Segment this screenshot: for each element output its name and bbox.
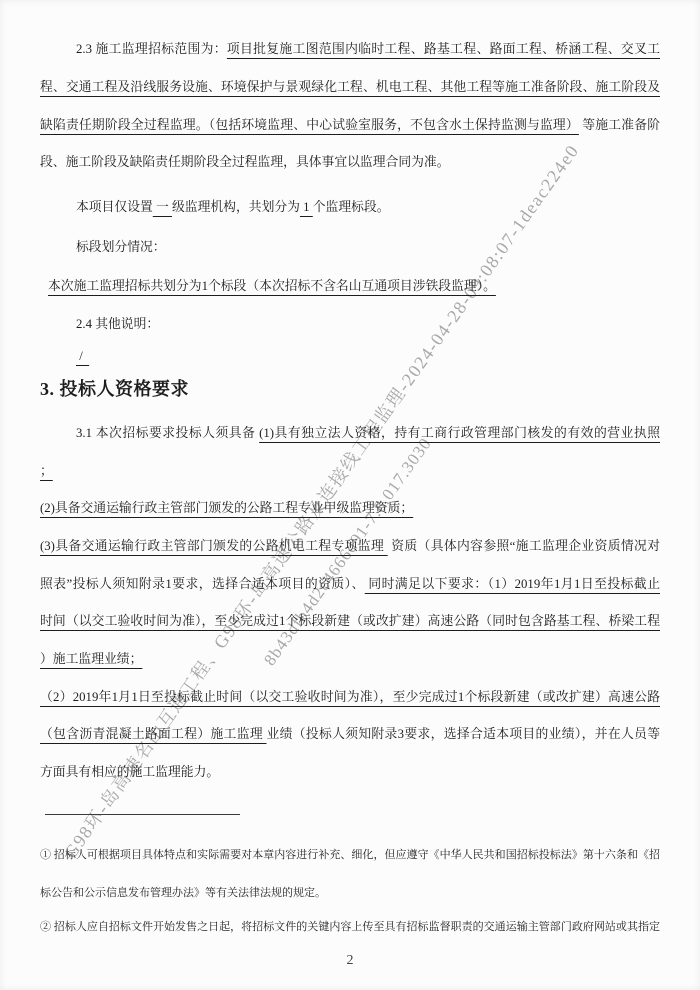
text-segment: 2.4 其他说明： <box>76 317 159 331</box>
page-number: 2 <box>0 953 700 969</box>
text-segment: ② 招标人应自招标文件开始发售之日起，将招标文件的关键内容上传至具有招标监督职责… <box>40 921 660 933</box>
text-line: 段、施工阶段及缺陷责任期阶段全过程监理，具体事宜以监理合同为准。 <box>40 153 660 172</box>
text-line: 3.1 本次招标要求投标人须具备 (1)具有独立法人资格，持有工商行政管理部门核… <box>40 424 660 443</box>
text-segment: 3. 投标人资格要求 <box>40 379 189 399</box>
text-segment: 方面具有相应的施工监理能力。 <box>40 765 219 779</box>
filled-blank-text: ； <box>40 464 53 478</box>
filled-blank-text: (3)具备交通运输行政主管部门颁发的公路机电工程专项监理 <box>40 539 388 553</box>
text-line: 照表”投标人须知附录1要求，选择合适本项目的资质）、 同时满足以下要求：（1）2… <box>40 575 660 594</box>
filled-blank-text: （包含沥青混凝土路面工程）施工监理 <box>40 727 267 741</box>
text-segment: 等施工准备阶 <box>579 118 660 132</box>
text-segment: 本项目仅设置 <box>76 200 153 214</box>
slash-blank-line: / <box>40 347 660 366</box>
text-segment: 照表”投标人须知附录1要求，选择合适本项目的资质）、 <box>40 577 365 591</box>
section-heading: 3. 投标人资格要求 <box>40 380 660 399</box>
text-line: 本项目仅设置 一 级监理机构，共划分为 1 个监理标段。 <box>40 198 660 217</box>
text-line: 缺陷责任期阶段全过程监理。（包括环境监理、中心试验室服务，不包含水土保持监测与监… <box>40 116 660 135</box>
filled-blank-text: 1 <box>300 200 313 214</box>
text-line: ； <box>40 462 660 481</box>
text-line: (3)具备交通运输行政主管部门颁发的公路机电工程专项监理 资质（具体内容参照“施… <box>40 537 660 556</box>
filled-blank-text: 程、交通工程及沿线服务设施、环境保护与景观绿化工程、机电工程、其他工程等施工准备… <box>40 80 660 94</box>
filled-blank-text: (2)具备交通运输行政主管部门颁发的公路工程专业甲级监理资质； <box>40 501 413 515</box>
text-segment: ① 招标人可根据项目具体特点和实际需要对本章内容进行补充、细化，但应遵守《中华人… <box>40 849 660 861</box>
text-line: （2）2019年1月1日至投标截止时间（以交工验收时间为准），至少完成过1个标段… <box>40 688 660 707</box>
filled-blank-text: 时间（以交工验收时间为准），至少完成过1个标段新建（或改扩建）高速公路（同时包含… <box>40 614 660 628</box>
filled-blank-text: (1)具有独立法人资格，持有工商行政管理部门核发的有效的营业执照 <box>259 426 660 440</box>
footnote-line: ① 招标人可根据项目具体特点和实际需要对本章内容进行补充、细化，但应遵守《中华人… <box>40 846 660 865</box>
filled-blank-text: （2）2019年1月1日至投标截止时间（以交工验收时间为准），至少完成过1个标段… <box>40 690 660 704</box>
filled-blank-text: ）施工监理业绩； <box>40 652 142 666</box>
text-segment: 3.1 本次招标要求投标人须具备 <box>76 426 259 440</box>
filled-blank-text: 本次施工监理招标共划分为1个标段（本次招标不含名山互通项目涉铁段监理）。 <box>48 279 496 293</box>
text-segment: 标段划分情况： <box>76 240 166 254</box>
text-line: （包含沥青混凝土路面工程）施工监理 业绩（投标人须知附录3要求，选择合适本项目的… <box>40 725 660 744</box>
text-line: (2)具备交通运输行政主管部门颁发的公路工程专业甲级监理资质； <box>40 499 660 518</box>
filled-blank-text: 缺陷责任期阶段全过程监理。（包括环境监理、中心试验室服务，不包含水土保持监测与监… <box>40 118 579 132</box>
text-line: 程、交通工程及沿线服务设施、环境保护与景观绿化工程、机电工程、其他工程等施工准备… <box>40 78 660 97</box>
footnote-line: ② 招标人应自招标文件开始发售之日起，将招标文件的关键内容上传至具有招标监督职责… <box>40 918 660 937</box>
footnote-line: 标公告和公示信息发布管理办法》等有关法律法规的规定。 <box>40 884 660 903</box>
text-line: 方面具有相应的施工监理能力。 <box>40 763 660 782</box>
text-line: 标段划分情况： <box>40 238 660 257</box>
text-line: ）施工监理业绩； <box>40 650 660 669</box>
filled-blank-text: / <box>76 349 89 363</box>
text-line: 2.3 施工监理招标范围为：项目批复施工图范围内临时工程、路基工程、路面工程、桥… <box>40 40 660 59</box>
text-segment: 段、施工阶段及缺陷责任期阶段全过程监理，具体事宜以监理合同为准。 <box>40 155 450 169</box>
text-line: 本次施工监理招标共划分为1个标段（本次招标不含名山互通项目涉铁段监理）。 <box>40 277 660 296</box>
text-segment: 标公告和公示信息发布管理办法》等有关法律法规的规定。 <box>40 887 326 899</box>
filled-blank-text: 项目批复施工图范围内临时工程、路基工程、路面工程、桥涵工程、交叉工 <box>227 42 660 56</box>
filled-blank-text: 同时满足以下要求：（1）2019年1月1日至投标截止 <box>365 577 660 591</box>
text-segment: 业绩（投标人须知附录3要求，选择合适本项目的业绩），并在人员等 <box>267 727 661 741</box>
text-segment: 2.3 施工监理招标范围为： <box>76 42 227 56</box>
text-line: 2.4 其他说明： <box>40 315 660 334</box>
text-segment: 级监理机构，共划分为 <box>172 200 300 214</box>
footnote-separator <box>45 814 240 815</box>
document-page: G98环-岛高速名山互通工程、G98环-岛高速公路及连接线工程监理-2024-0… <box>0 0 700 990</box>
text-segment: 资质（具体内容参照“施工监理企业资质情况对 <box>388 539 660 553</box>
filled-blank-text: 一 <box>153 200 172 214</box>
text-segment: 个监理标段。 <box>313 200 390 214</box>
text-line: 时间（以交工验收时间为准），至少完成过1个标段新建（或改扩建）高速公路（同时包含… <box>40 612 660 631</box>
